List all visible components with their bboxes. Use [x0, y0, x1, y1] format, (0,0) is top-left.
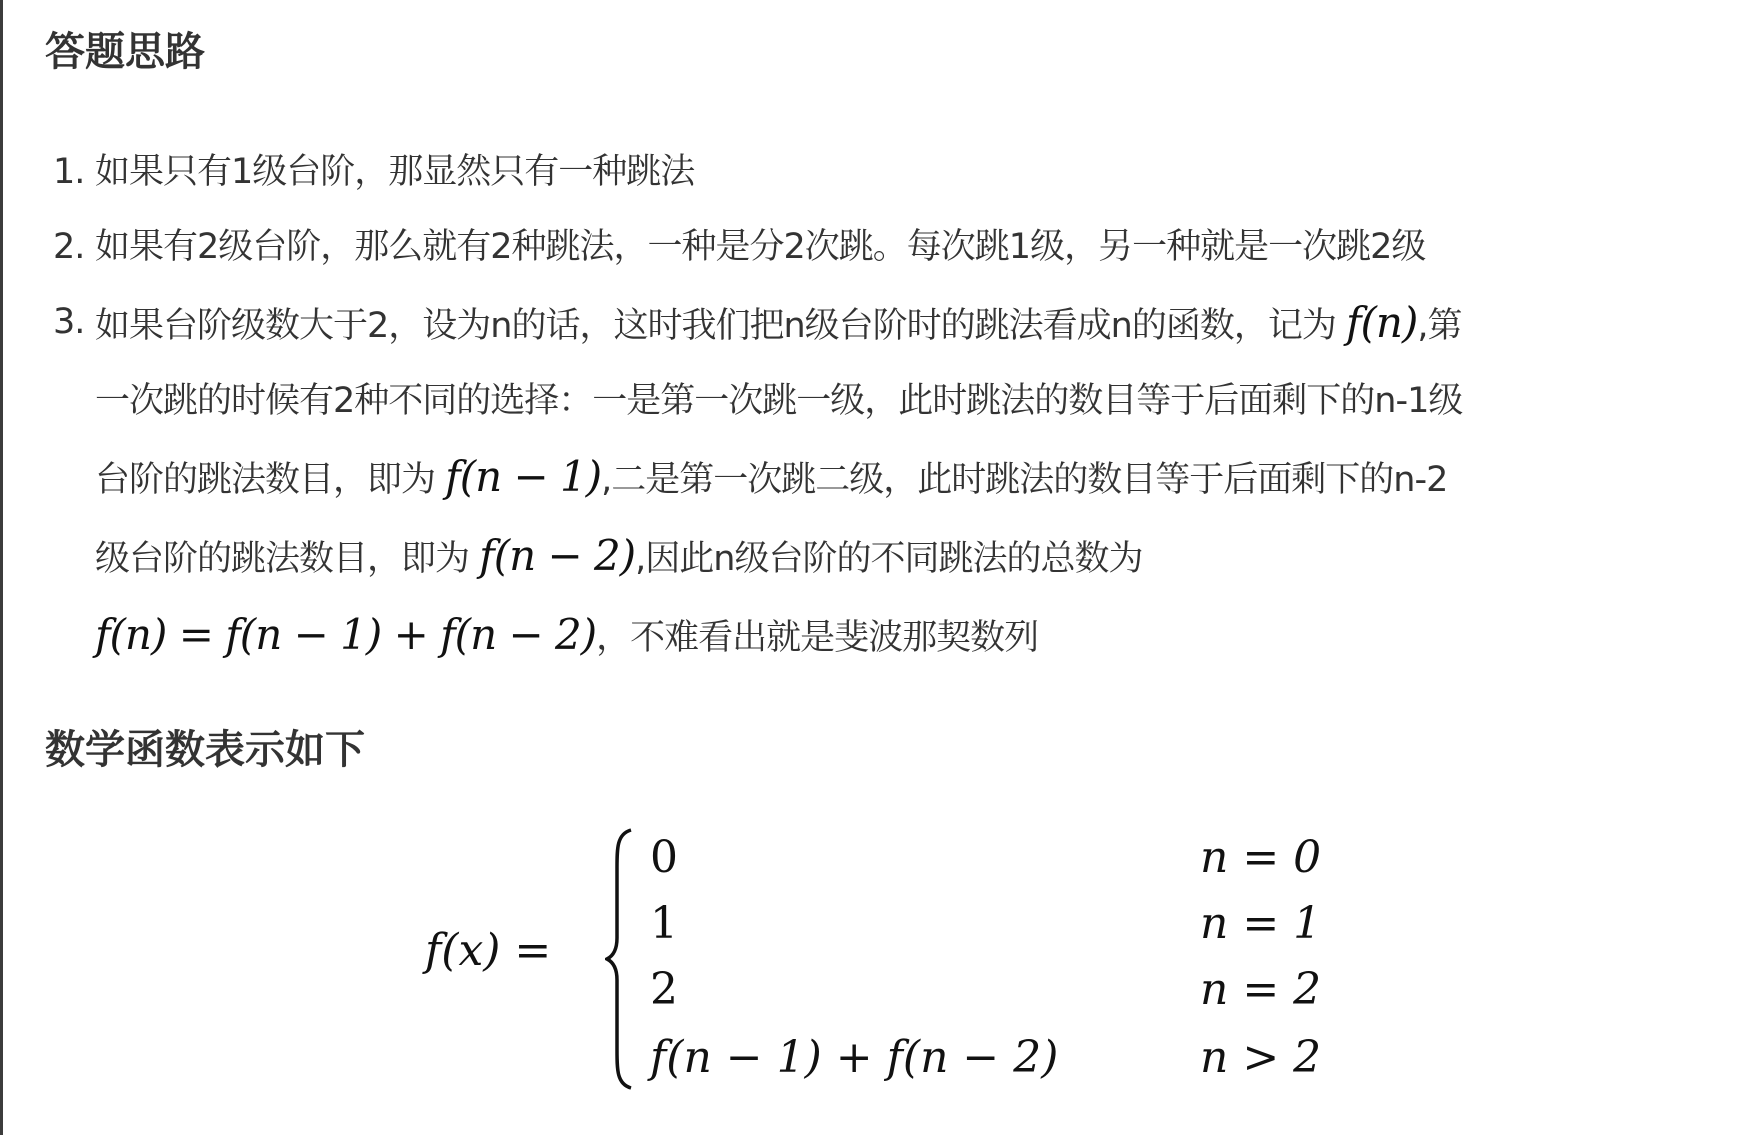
- list-text: 一次跳的时候有2种不同的选择：一是第一次跳一级，此时跳法的数目等于后面剩下的n-…: [95, 381, 1462, 421]
- list-number: 3.: [53, 285, 84, 360]
- heading-approach: 答题思路: [45, 20, 205, 77]
- case-condition: n = 0: [1200, 832, 1321, 883]
- math-inline: f(n − 1): [445, 452, 601, 501]
- case-row: 1 n = 1: [650, 898, 1350, 964]
- list-text: 如果台阶级数大于2，设为n的话，这时我们把n级台阶时的跳法看成n的函数，记为: [95, 306, 1336, 346]
- list-number: 1.: [53, 135, 84, 210]
- list-text: ,二是第一次跳二级，此时跳法的数目等于后面剩下的n-2: [601, 460, 1447, 500]
- list-number: 2.: [53, 210, 84, 285]
- list-text: 台阶的跳法数目，即为: [95, 460, 435, 500]
- math-inline: f(n − 2): [479, 531, 635, 580]
- case-value: 0: [650, 832, 678, 883]
- list-text: 如果只有1级台阶，那显然只有一种跳法: [95, 152, 694, 192]
- math-inline: f(n): [1346, 298, 1417, 347]
- list-item: 1. 如果只有1级台阶，那显然只有一种跳法: [45, 135, 1725, 210]
- math-recurrence: f(n) = f(n − 1) + f(n − 2): [95, 610, 596, 659]
- case-row: f(n − 1) + f(n − 2) n > 2: [650, 1032, 1350, 1098]
- list-text: ,第: [1417, 306, 1461, 346]
- left-border: [0, 0, 3, 1135]
- case-condition: n > 2: [1200, 1032, 1321, 1083]
- case-row: 2 n = 2: [650, 964, 1350, 1030]
- case-value: f(n − 1) + f(n − 2): [650, 1032, 1058, 1083]
- case-value: 1: [650, 898, 678, 949]
- case-row: 0 n = 0: [650, 832, 1350, 898]
- heading-formula: 数学函数表示如下: [45, 718, 365, 775]
- case-value: 2: [650, 964, 678, 1015]
- list-item: 2. 如果有2级台阶，那么就有2种跳法，一种是分2次跳。每次跳1级，另一种就是一…: [45, 210, 1725, 285]
- case-condition: n = 2: [1200, 964, 1321, 1015]
- left-brace-icon: [605, 828, 635, 1090]
- list-item: 3. 如果台阶级数大于2，设为n的话，这时我们把n级台阶时的跳法看成n的函数，记…: [45, 285, 1725, 676]
- piecewise-formula: f(x) = 0 n = 0 1 n = 1 2 n = 2 f(n − 1) …: [425, 820, 1325, 1100]
- list-text: 如果有2级台阶，那么就有2种跳法，一种是分2次跳。每次跳1级，另一种就是一次跳2…: [95, 227, 1425, 267]
- reasoning-list: 1. 如果只有1级台阶，那显然只有一种跳法 2. 如果有2级台阶，那么就有2种跳…: [45, 135, 1725, 676]
- list-text: ,因此n级台阶的不同跳法的总数为: [635, 539, 1142, 579]
- formula-lhs: f(x) =: [425, 925, 551, 976]
- list-text: 级台阶的跳法数目，即为: [95, 539, 469, 579]
- case-condition: n = 1: [1200, 898, 1321, 949]
- list-text: ，不难看出就是斐波那契数列: [596, 618, 1038, 658]
